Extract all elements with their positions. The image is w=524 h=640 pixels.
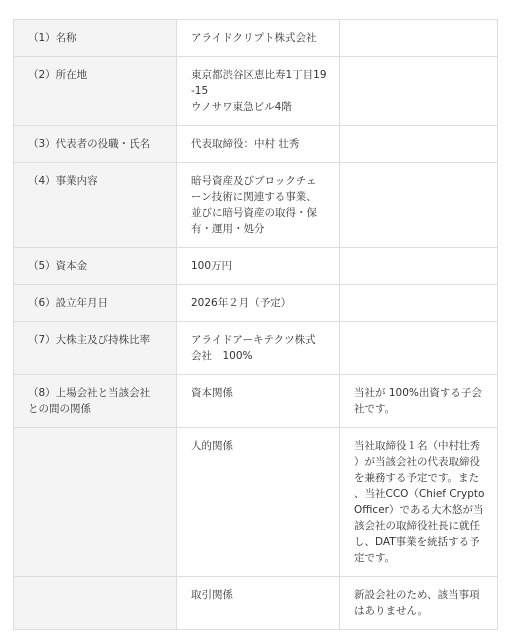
label-text-line: （5）資本金 <box>28 258 162 274</box>
row-note-cell <box>340 248 498 285</box>
note-text-line: Officer）である大木悠が当 <box>354 502 483 518</box>
note-text-line: 当社取締役１名（中村壮秀 <box>354 438 483 454</box>
row-note-cell <box>340 126 498 163</box>
note-text-line: し、DAT事業を統括する予 <box>354 534 483 550</box>
row-note-cell: 新設会社のため、該当事項はありません。 <box>340 577 498 630</box>
table-row: （1）名称 アライドクリプト株式会社 <box>14 20 498 57</box>
note-text-line: 新設会社のため、該当事項 <box>354 587 483 603</box>
row-value-cell: 暗号資産及びブロックチェーン技術に関連する事業、並びに暗号資産の取得・保有・運用… <box>177 163 340 248</box>
note-text-line: 定です。 <box>354 550 483 566</box>
table-row: （5）資本金 100万円 <box>14 248 498 285</box>
row-label-cell: （1）名称 <box>14 20 177 57</box>
row-label-cell <box>14 428 177 577</box>
note-text-line: 、当社CCO（Chief Crypto <box>354 486 483 502</box>
row-label-cell: （3）代表者の役職・氏名 <box>14 126 177 163</box>
value-text-line: ーン技術に関連する事業、 <box>191 189 325 205</box>
row-value-cell: 人的関係 <box>177 428 340 577</box>
label-text-line: （4）事業内容 <box>28 173 162 189</box>
value-text-line: -15 <box>191 83 325 99</box>
note-text-line: を兼務する予定です。また <box>354 470 483 486</box>
row-value-cell: 2026年２月（予定） <box>177 285 340 322</box>
row-value-cell: 資本関係 <box>177 375 340 428</box>
value-text-line: 100万円 <box>191 258 325 274</box>
value-text-line: 並びに暗号資産の取得・保 <box>191 205 325 221</box>
note-text-line: ）が当該会社の代表取締役 <box>354 454 483 470</box>
row-note-cell <box>340 285 498 322</box>
company-info-table: （1）名称 アライドクリプト株式会社 （2）所在地 東京都渋谷区恵比寿1丁目19… <box>13 19 498 630</box>
label-text-line: （6）設立年月日 <box>28 295 162 311</box>
note-text-line: 該会社の取締役社長に就任 <box>354 518 483 534</box>
value-text-line: 有・運用・処分 <box>191 221 325 237</box>
value-text-line: 代表取締役：中村 壮秀 <box>191 136 325 152</box>
value-text-line: 取引関係 <box>191 587 325 603</box>
table-row: （4）事業内容 暗号資産及びブロックチェーン技術に関連する事業、並びに暗号資産の… <box>14 163 498 248</box>
value-text-line: 資本関係 <box>191 385 325 401</box>
table-row: （8）上場会社と当該会社との間の関係 資本関係 当社が 100%出資する子会社で… <box>14 375 498 428</box>
table-row: （3）代表者の役職・氏名 代表取締役：中村 壮秀 <box>14 126 498 163</box>
table-row: （2）所在地 東京都渋谷区恵比寿1丁目19-15ウノサワ東急ビル4階 <box>14 57 498 126</box>
table-row: 人的関係 当社取締役１名（中村壮秀）が当該会社の代表取締役を兼務する予定です。ま… <box>14 428 498 577</box>
row-value-cell: 取引関係 <box>177 577 340 630</box>
label-text-line: との間の関係 <box>28 401 162 417</box>
note-text-line: 社です。 <box>354 401 483 417</box>
row-label-cell: （4）事業内容 <box>14 163 177 248</box>
table-row: 取引関係 新設会社のため、該当事項はありません。 <box>14 577 498 630</box>
value-text-line: 会社 100% <box>191 348 325 364</box>
value-text-line: 東京都渋谷区恵比寿1丁目19 <box>191 67 325 83</box>
row-value-cell: 東京都渋谷区恵比寿1丁目19-15ウノサワ東急ビル4階 <box>177 57 340 126</box>
row-value-cell: 100万円 <box>177 248 340 285</box>
row-value-cell: 代表取締役：中村 壮秀 <box>177 126 340 163</box>
value-text-line: 人的関係 <box>191 438 325 454</box>
label-text-line: （2）所在地 <box>28 67 162 83</box>
label-text-line: （1）名称 <box>28 30 162 46</box>
row-note-cell: 当社が 100%出資する子会社です。 <box>340 375 498 428</box>
value-text-line: 暗号資産及びブロックチェ <box>191 173 325 189</box>
note-text-line: はありません。 <box>354 603 483 619</box>
row-label-cell: （5）資本金 <box>14 248 177 285</box>
row-label-cell: （7）大株主及び持株比率 <box>14 322 177 375</box>
row-label-cell: （2）所在地 <box>14 57 177 126</box>
label-text-line: （7）大株主及び持株比率 <box>28 332 162 348</box>
row-note-cell <box>340 20 498 57</box>
table-row: （7）大株主及び持株比率 アライドアーキテクツ株式会社 100% <box>14 322 498 375</box>
value-text-line: アライドアーキテクツ株式 <box>191 332 325 348</box>
value-text-line: ウノサワ東急ビル4階 <box>191 99 325 115</box>
note-text-line: 当社が 100%出資する子会 <box>354 385 483 401</box>
table-row: （6）設立年月日 2026年２月（予定） <box>14 285 498 322</box>
row-label-cell: （8）上場会社と当該会社との間の関係 <box>14 375 177 428</box>
row-value-cell: アライドアーキテクツ株式会社 100% <box>177 322 340 375</box>
row-label-cell: （6）設立年月日 <box>14 285 177 322</box>
label-text-line: （8）上場会社と当該会社 <box>28 385 162 401</box>
row-note-cell <box>340 163 498 248</box>
label-text-line: （3）代表者の役職・氏名 <box>28 136 162 152</box>
value-text-line: アライドクリプト株式会社 <box>191 30 325 46</box>
row-note-cell <box>340 57 498 126</box>
row-note-cell: 当社取締役１名（中村壮秀）が当該会社の代表取締役を兼務する予定です。また、当社C… <box>340 428 498 577</box>
value-text-line: 2026年２月（予定） <box>191 295 325 311</box>
row-value-cell: アライドクリプト株式会社 <box>177 20 340 57</box>
row-label-cell <box>14 577 177 630</box>
row-note-cell <box>340 322 498 375</box>
